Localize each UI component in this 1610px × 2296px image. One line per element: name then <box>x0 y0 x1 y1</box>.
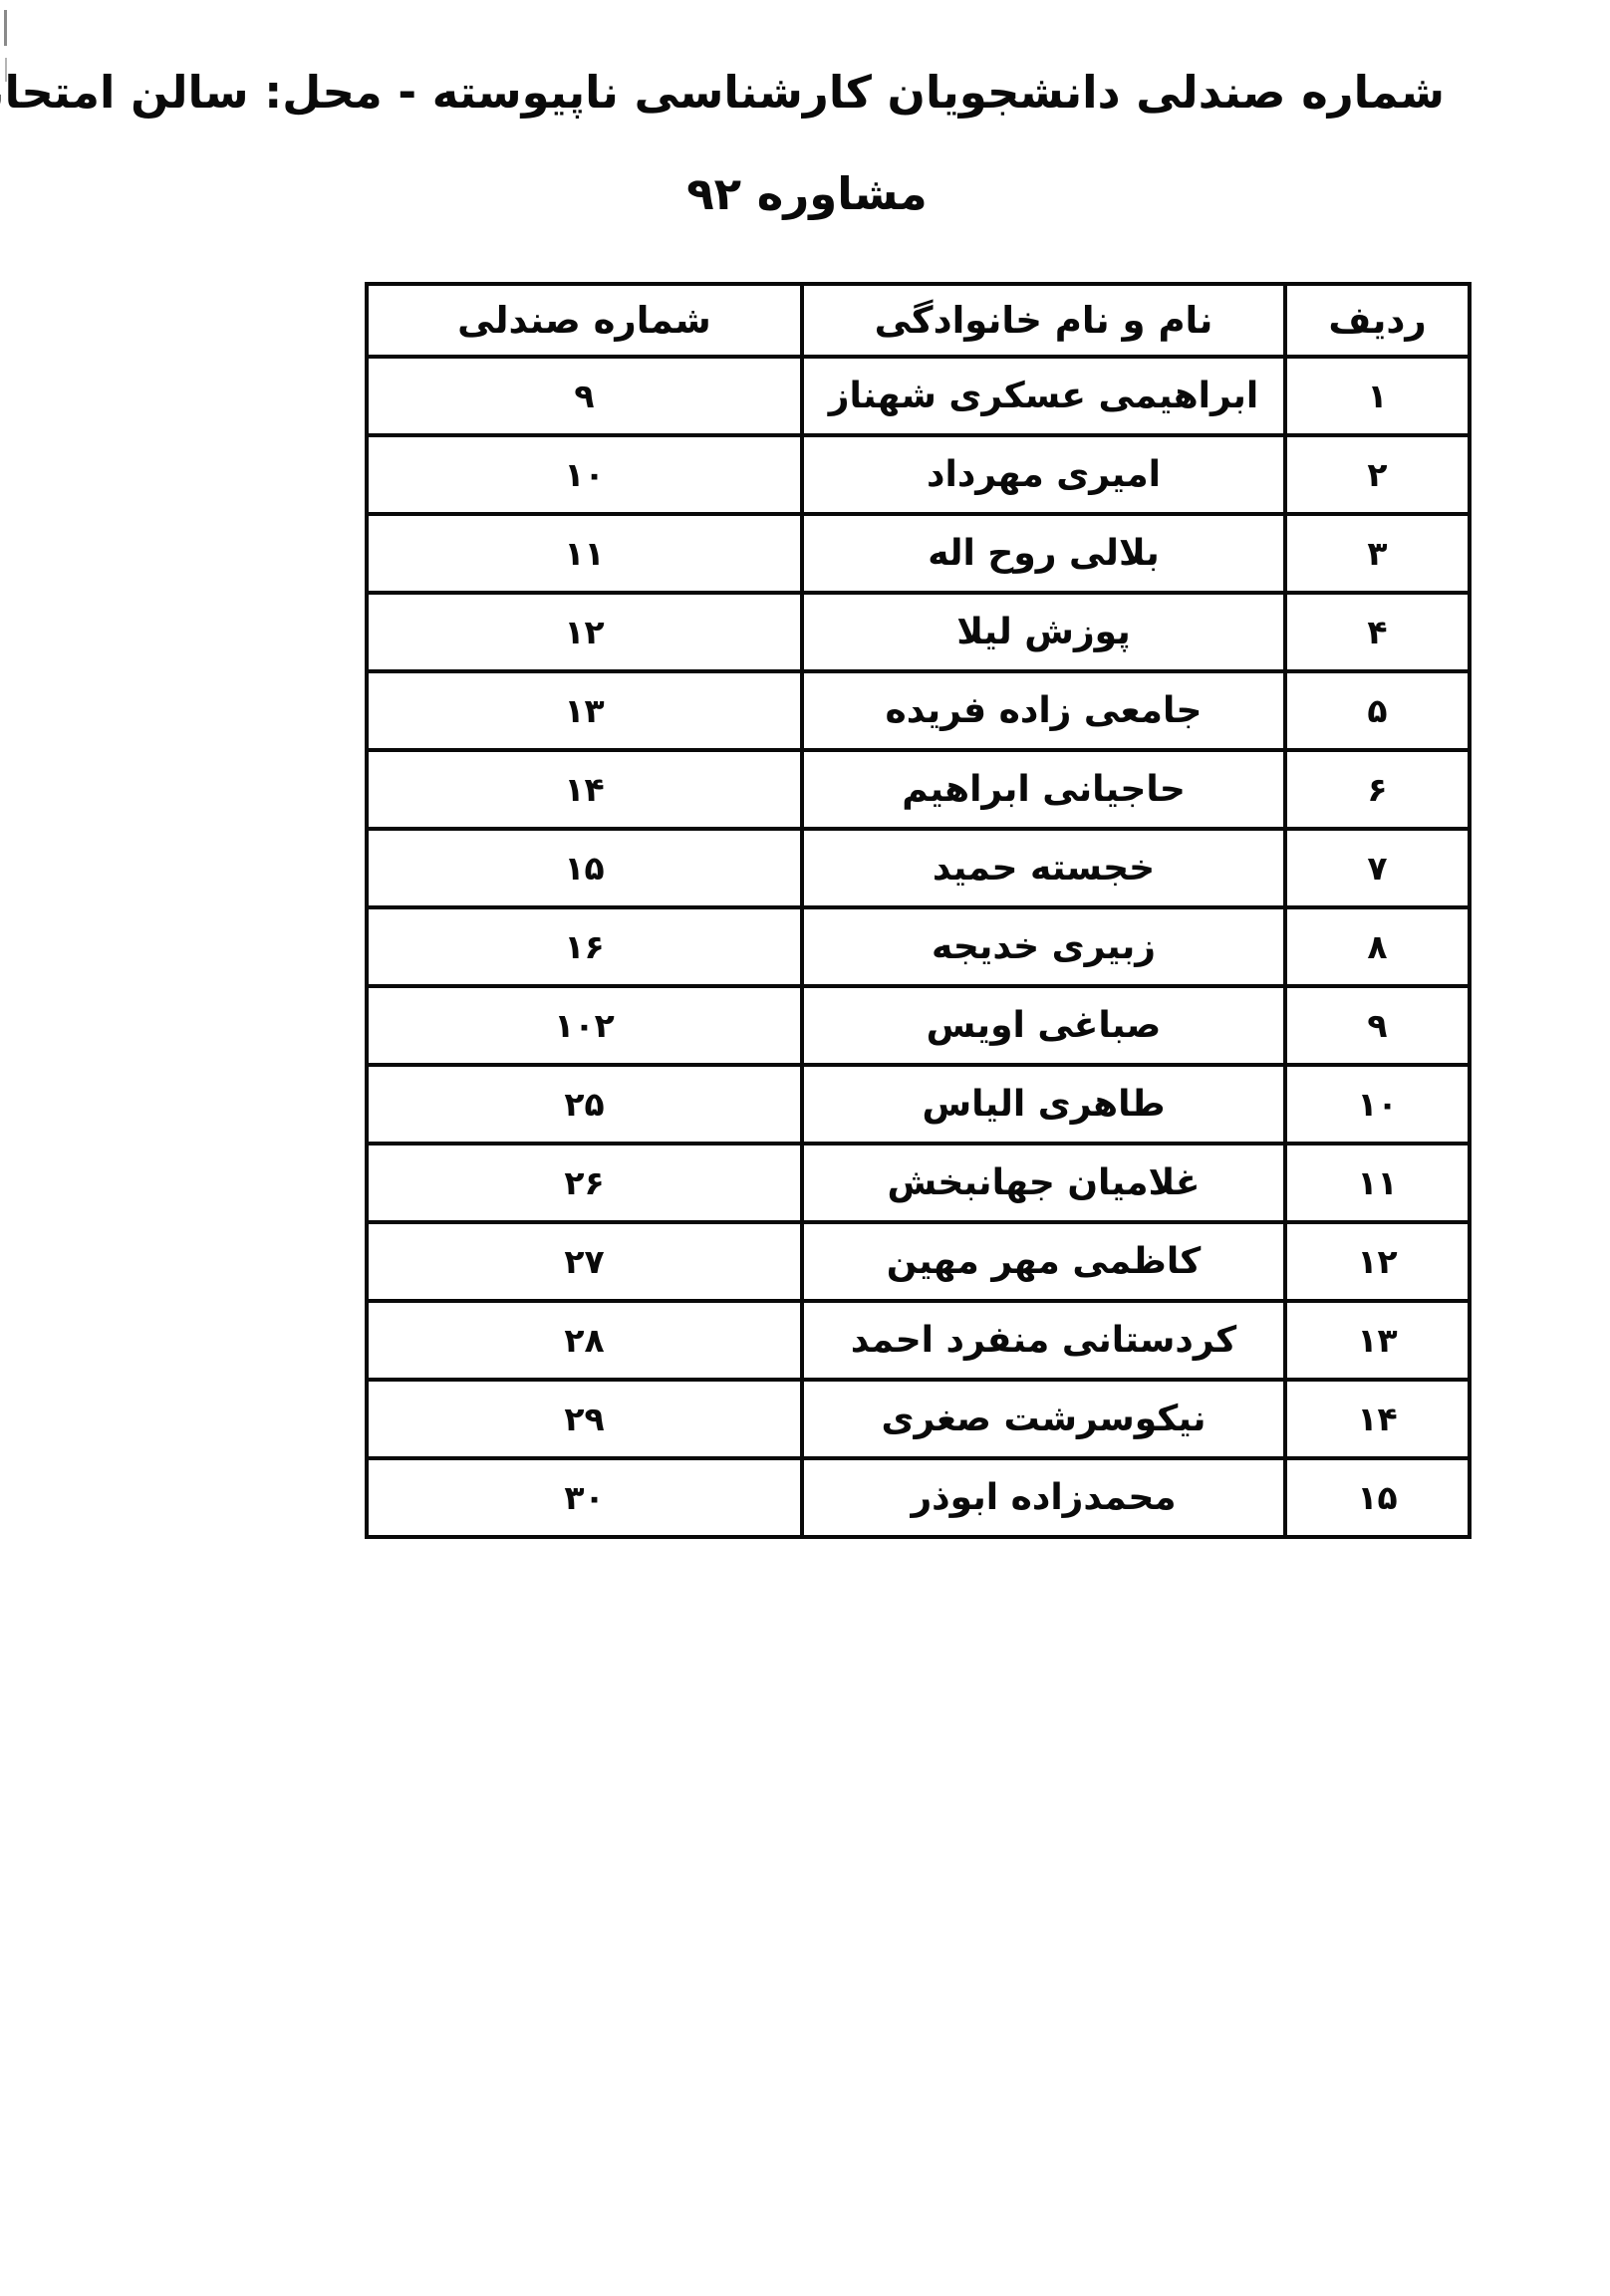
student-name-cell: جامعی زاده فریده <box>802 671 1285 750</box>
header-row-number: ردیف <box>1285 284 1470 357</box>
student-name-cell: خجسته حمید <box>802 829 1285 907</box>
seat-number-cell: ۲۶ <box>367 1144 802 1222</box>
seat-number-cell: ۱۴ <box>367 750 802 829</box>
student-name-cell: کردستانی منفرد احمد <box>802 1301 1285 1380</box>
table-header: ردیف نام و نام خانوادگی شماره صندلی <box>367 284 1470 357</box>
row-number-cell: ۱۱ <box>1285 1144 1470 1222</box>
seat-number-cell: ۲۵ <box>367 1065 802 1144</box>
table-row: ۳بلالی روح اله۱۱ <box>367 514 1470 593</box>
row-number-cell: ۳ <box>1285 514 1470 593</box>
seat-number-cell: ۱۲ <box>367 593 802 671</box>
seat-number-cell: ۳۰ <box>367 1458 802 1537</box>
row-number-cell: ۱۵ <box>1285 1458 1470 1537</box>
table-row: ۹صباغی اویس۱۰۲ <box>367 986 1470 1065</box>
table-row: ۱۲کاظمی مهر مهین۲۷ <box>367 1222 1470 1301</box>
document-title-line1: شماره صندلی دانشجویان کارشناسی ناپیوسته … <box>169 42 1445 143</box>
seat-number-cell: ۱۳ <box>367 671 802 750</box>
student-name-cell: محمدزاده ابوذر <box>802 1458 1285 1537</box>
student-name-cell: طاهری الیاس <box>802 1065 1285 1144</box>
table-row: ۷خجسته حمید۱۵ <box>367 829 1470 907</box>
seat-number-cell: ۱۶ <box>367 907 802 986</box>
seat-number-cell: ۱۰ <box>367 435 802 514</box>
row-number-cell: ۷ <box>1285 829 1470 907</box>
table-row: ۱۱غلامیان جهانبخش۲۶ <box>367 1144 1470 1222</box>
student-name-cell: صباغی اویس <box>802 986 1285 1065</box>
row-number-cell: ۹ <box>1285 986 1470 1065</box>
row-number-cell: ۲ <box>1285 435 1470 514</box>
row-number-cell: ۸ <box>1285 907 1470 986</box>
seat-assignment-table: ردیف نام و نام خانوادگی شماره صندلی ۱ابر… <box>365 282 1472 1539</box>
table-row: ۱۵محمدزاده ابوذر۳۰ <box>367 1458 1470 1537</box>
student-name-cell: کاظمی مهر مهین <box>802 1222 1285 1301</box>
document-title: شماره صندلی دانشجویان کارشناسی ناپیوسته … <box>169 42 1445 245</box>
header-full-name: نام و نام خانوادگی <box>802 284 1285 357</box>
table-body: ۱ابراهیمی عسکری شهناز۹۲امیری مهرداد۱۰۳بل… <box>367 357 1470 1537</box>
table-row: ۱ابراهیمی عسکری شهناز۹ <box>367 357 1470 435</box>
row-number-cell: ۱۳ <box>1285 1301 1470 1380</box>
seat-number-cell: ۱۱ <box>367 514 802 593</box>
table-row: ۲امیری مهرداد۱۰ <box>367 435 1470 514</box>
table-row: ۶حاجیانی ابراهیم۱۴ <box>367 750 1470 829</box>
row-number-cell: ۵ <box>1285 671 1470 750</box>
student-name-cell: زبیری خدیجه <box>802 907 1285 986</box>
row-number-cell: ۱۲ <box>1285 1222 1470 1301</box>
header-seat-number: شماره صندلی <box>367 284 802 357</box>
table-row: ۱۰طاهری الیاس۲۵ <box>367 1065 1470 1144</box>
document-title-line2: مشاوره ۹۲ <box>169 143 1445 245</box>
student-name-cell: حاجیانی ابراهیم <box>802 750 1285 829</box>
row-number-cell: ۱ <box>1285 357 1470 435</box>
table-row: ۵جامعی زاده فریده۱۳ <box>367 671 1470 750</box>
student-name-cell: غلامیان جهانبخش <box>802 1144 1285 1222</box>
table-row: ۴پوزش لیلا۱۲ <box>367 593 1470 671</box>
student-name-cell: پوزش لیلا <box>802 593 1285 671</box>
table-row: ۱۳کردستانی منفرد احمد۲۸ <box>367 1301 1470 1380</box>
row-number-cell: ۱۴ <box>1285 1380 1470 1458</box>
scanned-document-page: شماره صندلی دانشجویان کارشناسی ناپیوسته … <box>0 0 1610 2296</box>
table-header-row: ردیف نام و نام خانوادگی شماره صندلی <box>367 284 1470 357</box>
row-number-cell: ۶ <box>1285 750 1470 829</box>
row-number-cell: ۴ <box>1285 593 1470 671</box>
seat-number-cell: ۲۹ <box>367 1380 802 1458</box>
scan-artifact-mark <box>4 10 7 46</box>
row-number-cell: ۱۰ <box>1285 1065 1470 1144</box>
student-name-cell: ابراهیمی عسکری شهناز <box>802 357 1285 435</box>
student-name-cell: بلالی روح اله <box>802 514 1285 593</box>
table-row: ۸زبیری خدیجه۱۶ <box>367 907 1470 986</box>
seat-number-cell: ۹ <box>367 357 802 435</box>
seat-number-cell: ۲۷ <box>367 1222 802 1301</box>
seat-number-cell: ۲۸ <box>367 1301 802 1380</box>
seat-number-cell: ۱۰۲ <box>367 986 802 1065</box>
seat-number-cell: ۱۵ <box>367 829 802 907</box>
table-row: ۱۴نیکوسرشت صغری۲۹ <box>367 1380 1470 1458</box>
student-name-cell: امیری مهرداد <box>802 435 1285 514</box>
student-name-cell: نیکوسرشت صغری <box>802 1380 1285 1458</box>
